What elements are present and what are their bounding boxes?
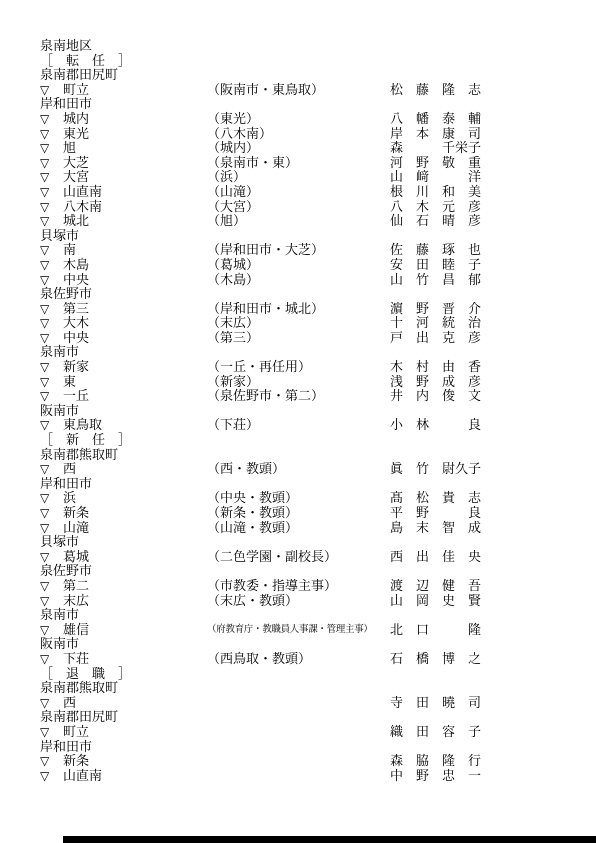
transfer-entry-row: ▽町立（阪南市・東鳥取）松 藤 隆 志 xyxy=(40,83,590,98)
municipality-label: 泉南市 xyxy=(40,345,590,360)
school-name: 町立 xyxy=(63,725,207,740)
person-name: 島 末 智 成 xyxy=(390,521,481,536)
entry-marker: ▽ xyxy=(40,375,63,390)
entry-marker: ▽ xyxy=(40,389,63,404)
previous-post: （新家） xyxy=(207,375,390,390)
school-name: 城北 xyxy=(63,214,207,229)
school-name: 浜 xyxy=(63,491,207,506)
school-name: 城内 xyxy=(63,112,207,127)
transfer-entry-row: ▽南（岸和田市・大芝）佐 藤 琢 也 xyxy=(40,243,590,258)
entry-marker: ▽ xyxy=(40,185,63,200)
school-name: 中央 xyxy=(63,331,207,346)
previous-post: （山滝） xyxy=(207,185,390,200)
municipality-label: 泉南郡田尻町 xyxy=(40,710,590,725)
transfer-entry-row: ▽西寺 田 曉 司 xyxy=(40,696,590,711)
school-name: 山滝 xyxy=(63,521,207,536)
transfer-entry-row: ▽山直南（山滝）根 川 和 美 xyxy=(40,185,590,200)
entry-marker: ▽ xyxy=(40,83,63,98)
school-name: 葛城 xyxy=(63,550,207,565)
school-name: 西 xyxy=(63,462,207,477)
school-name: 南 xyxy=(63,243,207,258)
person-name: 岸 本 康 司 xyxy=(390,127,481,142)
person-name: 西 出 佳 央 xyxy=(390,550,481,565)
previous-post: （泉佐野市・第二） xyxy=(207,389,390,404)
transfer-entry-row: ▽東（新家）浅 野 成 彦 xyxy=(40,375,590,390)
person-name: 河 野 敬 重 xyxy=(390,156,481,171)
previous-post: （大宮） xyxy=(207,200,390,215)
section-header: ［ 新 任 ］ xyxy=(40,433,590,448)
school-name: 一丘 xyxy=(63,389,207,404)
municipality-label: 貝塚市 xyxy=(40,229,590,244)
entry-marker: ▽ xyxy=(40,725,63,740)
entry-marker: ▽ xyxy=(40,243,63,258)
person-name: 森 千栄子 xyxy=(390,141,481,156)
previous-post: （八木南） xyxy=(207,127,390,142)
transfer-entry-row: ▽中央（第三）戸 出 克 彦 xyxy=(40,331,590,346)
person-name: 仙 石 晴 彦 xyxy=(390,214,481,229)
previous-post: （末広） xyxy=(207,316,390,331)
previous-post: （二色学園・副校長） xyxy=(207,550,390,565)
school-name: 大宮 xyxy=(63,170,207,185)
entry-marker: ▽ xyxy=(40,170,63,185)
entry-marker: ▽ xyxy=(40,112,63,127)
school-name: 新条 xyxy=(63,506,207,521)
previous-post: （中央・教頭） xyxy=(207,491,390,506)
entry-marker: ▽ xyxy=(40,200,63,215)
transfer-entry-row: ▽葛城（二色学園・副校長）西 出 佳 央 xyxy=(40,550,590,565)
person-name: 八 木 元 彦 xyxy=(390,200,481,215)
entry-marker: ▽ xyxy=(40,156,63,171)
entry-marker: ▽ xyxy=(40,506,63,521)
transfer-entry-row: ▽八木南（大宮）八 木 元 彦 xyxy=(40,200,590,215)
transfer-entry-row: ▽第三（岸和田市・城北）濵 野 晋 介 xyxy=(40,302,590,317)
region-title: 泉南地区 xyxy=(40,39,590,54)
municipality-label: 岸和田市 xyxy=(40,740,590,755)
transfer-entry-row: ▽大宮（浜）山 﨑 洋 xyxy=(40,170,590,185)
document-content: 泉南地区 ［ 転 任 ］泉南郡田尻町▽町立（阪南市・東鳥取）松 藤 隆 志岸和田… xyxy=(40,39,590,783)
footer-black-bar xyxy=(63,836,596,843)
previous-post: （市教委・指導主事） xyxy=(207,579,390,594)
school-name: 第三 xyxy=(63,302,207,317)
person-name: 眞 竹 尉久子 xyxy=(390,462,481,477)
previous-post: （城内） xyxy=(207,141,390,156)
transfer-entry-row: ▽新家（一丘・再任用）木 村 由 香 xyxy=(40,360,590,375)
municipality-label: 岸和田市 xyxy=(40,97,590,112)
school-name: 新条 xyxy=(63,754,207,769)
person-name: 安 田 睦 子 xyxy=(390,258,481,273)
entry-marker: ▽ xyxy=(40,316,63,331)
entry-marker: ▽ xyxy=(40,769,63,784)
transfer-entry-row: ▽大芝（泉南市・東）河 野 敬 重 xyxy=(40,156,590,171)
entry-marker: ▽ xyxy=(40,491,63,506)
municipality-label: 泉佐野市 xyxy=(40,287,590,302)
person-name: 根 川 和 美 xyxy=(390,185,481,200)
municipality-label: 阪南市 xyxy=(40,637,590,652)
entry-marker: ▽ xyxy=(40,258,63,273)
person-name: 八 幡 泰 輔 xyxy=(390,112,481,127)
person-name: 木 村 由 香 xyxy=(390,360,481,375)
municipality-label: 泉南郡熊取町 xyxy=(40,681,590,696)
transfer-entry-row: ▽新条（新条・教頭）平 野 良 xyxy=(40,506,590,521)
section-header: ［ 退 職 ］ xyxy=(40,667,590,682)
municipality-label: 岸和田市 xyxy=(40,477,590,492)
person-name: 山 岡 史 賢 xyxy=(390,594,481,609)
previous-post: （西・教頭） xyxy=(207,462,390,477)
previous-post: （旭） xyxy=(207,214,390,229)
person-name: 森 脇 隆 行 xyxy=(390,754,481,769)
entry-marker: ▽ xyxy=(40,652,63,667)
section-header: ［ 転 任 ］ xyxy=(40,54,590,69)
person-name: 山 﨑 洋 xyxy=(390,170,481,185)
entry-marker: ▽ xyxy=(40,462,63,477)
previous-post: （葛城） xyxy=(207,258,390,273)
previous-post: （岸和田市・城北） xyxy=(207,302,390,317)
municipality-label: 貝塚市 xyxy=(40,535,590,550)
school-name: 大芝 xyxy=(63,156,207,171)
person-name: 佐 藤 琢 也 xyxy=(390,243,481,258)
transfer-entry-row: ▽浜（中央・教頭）髙 松 貴 志 xyxy=(40,491,590,506)
school-name: 旭 xyxy=(63,141,207,156)
school-name: 木島 xyxy=(63,258,207,273)
municipality-label: 泉佐野市 xyxy=(40,564,590,579)
entry-marker: ▽ xyxy=(40,623,63,638)
entry-marker: ▽ xyxy=(40,331,63,346)
previous-post: （東光） xyxy=(207,112,390,127)
transfer-entry-row: ▽西（西・教頭）眞 竹 尉久子 xyxy=(40,462,590,477)
school-name: 新家 xyxy=(63,360,207,375)
person-name: 濵 野 晋 介 xyxy=(390,302,481,317)
person-name: 渡 辺 健 吾 xyxy=(390,579,481,594)
school-name: 八木南 xyxy=(63,200,207,215)
transfer-entry-row: ▽東光（八木南）岸 本 康 司 xyxy=(40,127,590,142)
transfer-entry-row: ▽町立織 田 容 子 xyxy=(40,725,590,740)
transfer-entry-row: ▽城内（東光）八 幡 泰 輔 xyxy=(40,112,590,127)
previous-post: （阪南市・東鳥取） xyxy=(207,83,390,98)
previous-post: （泉南市・東） xyxy=(207,156,390,171)
previous-post: （西鳥取・教頭） xyxy=(207,652,390,667)
school-name: 大木 xyxy=(63,316,207,331)
entry-marker: ▽ xyxy=(40,360,63,375)
person-name: 石 橋 博 之 xyxy=(390,652,481,667)
previous-post: （岸和田市・大芝） xyxy=(207,243,390,258)
entry-marker: ▽ xyxy=(40,273,63,288)
transfer-entry-row: ▽第二（市教委・指導主事）渡 辺 健 吾 xyxy=(40,579,590,594)
transfer-entry-row: ▽城北（旭）仙 石 晴 彦 xyxy=(40,214,590,229)
municipality-label: 泉南郡熊取町 xyxy=(40,448,590,463)
transfer-entry-row: ▽旭（城内）森 千栄子 xyxy=(40,141,590,156)
school-name: 山直南 xyxy=(63,185,207,200)
transfer-entry-row: ▽大木（末広）十 河 統 治 xyxy=(40,316,590,331)
previous-post: （浜） xyxy=(207,170,390,185)
previous-post: （第三） xyxy=(207,331,390,346)
entry-marker: ▽ xyxy=(40,696,63,711)
entry-marker: ▽ xyxy=(40,594,63,609)
school-name: 東 xyxy=(63,375,207,390)
person-name: 戸 出 克 彦 xyxy=(390,331,481,346)
transfer-entry-row: ▽雄信（府教育庁・教職員人事課・管理主事）北 口 隆 xyxy=(40,623,590,638)
previous-post: （府教育庁・教職員人事課・管理主事） xyxy=(207,623,390,638)
municipality-label: 泉南市 xyxy=(40,608,590,623)
person-name: 松 藤 隆 志 xyxy=(390,83,481,98)
entry-marker: ▽ xyxy=(40,141,63,156)
person-name: 十 河 統 治 xyxy=(390,316,481,331)
person-name: 山 竹 昌 郁 xyxy=(390,273,481,288)
transfer-entry-row: ▽新条森 脇 隆 行 xyxy=(40,754,590,769)
transfer-entry-row: ▽下荘（西鳥取・教頭）石 橋 博 之 xyxy=(40,652,590,667)
document-page: 泉南地区 ［ 転 任 ］泉南郡田尻町▽町立（阪南市・東鳥取）松 藤 隆 志岸和田… xyxy=(0,0,596,843)
person-name: 平 野 良 xyxy=(390,506,481,521)
entry-marker: ▽ xyxy=(40,418,63,433)
person-name: 浅 野 成 彦 xyxy=(390,375,481,390)
transfer-entry-row: ▽山滝（山滝・教頭）島 末 智 成 xyxy=(40,521,590,536)
entry-marker: ▽ xyxy=(40,579,63,594)
municipality-label: 泉南郡田尻町 xyxy=(40,68,590,83)
entry-marker: ▽ xyxy=(40,521,63,536)
school-name: 第二 xyxy=(63,579,207,594)
school-name: 中央 xyxy=(63,273,207,288)
person-name: 髙 松 貴 志 xyxy=(390,491,481,506)
previous-post: （新条・教頭） xyxy=(207,506,390,521)
transfer-entry-row: ▽中央（木島）山 竹 昌 郁 xyxy=(40,273,590,288)
transfer-entry-row: ▽山直南中 野 忠 一 xyxy=(40,769,590,784)
transfer-entry-row: ▽一丘（泉佐野市・第二）井 内 俊 文 xyxy=(40,389,590,404)
person-name: 寺 田 曉 司 xyxy=(390,696,481,711)
person-name: 織 田 容 子 xyxy=(390,725,481,740)
transfer-entry-row: ▽東鳥取（下荘）小 林 良 xyxy=(40,418,590,433)
previous-post: （山滝・教頭） xyxy=(207,521,390,536)
person-name: 中 野 忠 一 xyxy=(390,769,481,784)
previous-post: （一丘・再任用） xyxy=(207,360,390,375)
school-name: 町立 xyxy=(63,83,207,98)
school-name: 山直南 xyxy=(63,769,207,784)
school-name: 東光 xyxy=(63,127,207,142)
entry-marker: ▽ xyxy=(40,127,63,142)
person-name: 小 林 良 xyxy=(390,418,481,433)
entry-marker: ▽ xyxy=(40,754,63,769)
school-name: 下荘 xyxy=(63,652,207,667)
person-name: 北 口 隆 xyxy=(390,623,481,638)
person-name: 井 内 俊 文 xyxy=(390,389,481,404)
entry-marker: ▽ xyxy=(40,214,63,229)
previous-post: （下荘） xyxy=(207,418,390,433)
entry-marker: ▽ xyxy=(40,550,63,565)
previous-post: （末広・教頭） xyxy=(207,594,390,609)
school-name: 西 xyxy=(63,696,207,711)
entry-marker: ▽ xyxy=(40,302,63,317)
previous-post: （木島） xyxy=(207,273,390,288)
school-name: 東鳥取 xyxy=(63,418,207,433)
transfer-entry-row: ▽木島（葛城）安 田 睦 子 xyxy=(40,258,590,273)
school-name: 末広 xyxy=(63,594,207,609)
school-name: 雄信 xyxy=(63,623,207,638)
municipality-label: 阪南市 xyxy=(40,404,590,419)
transfer-entry-row: ▽末広（末広・教頭）山 岡 史 賢 xyxy=(40,594,590,609)
